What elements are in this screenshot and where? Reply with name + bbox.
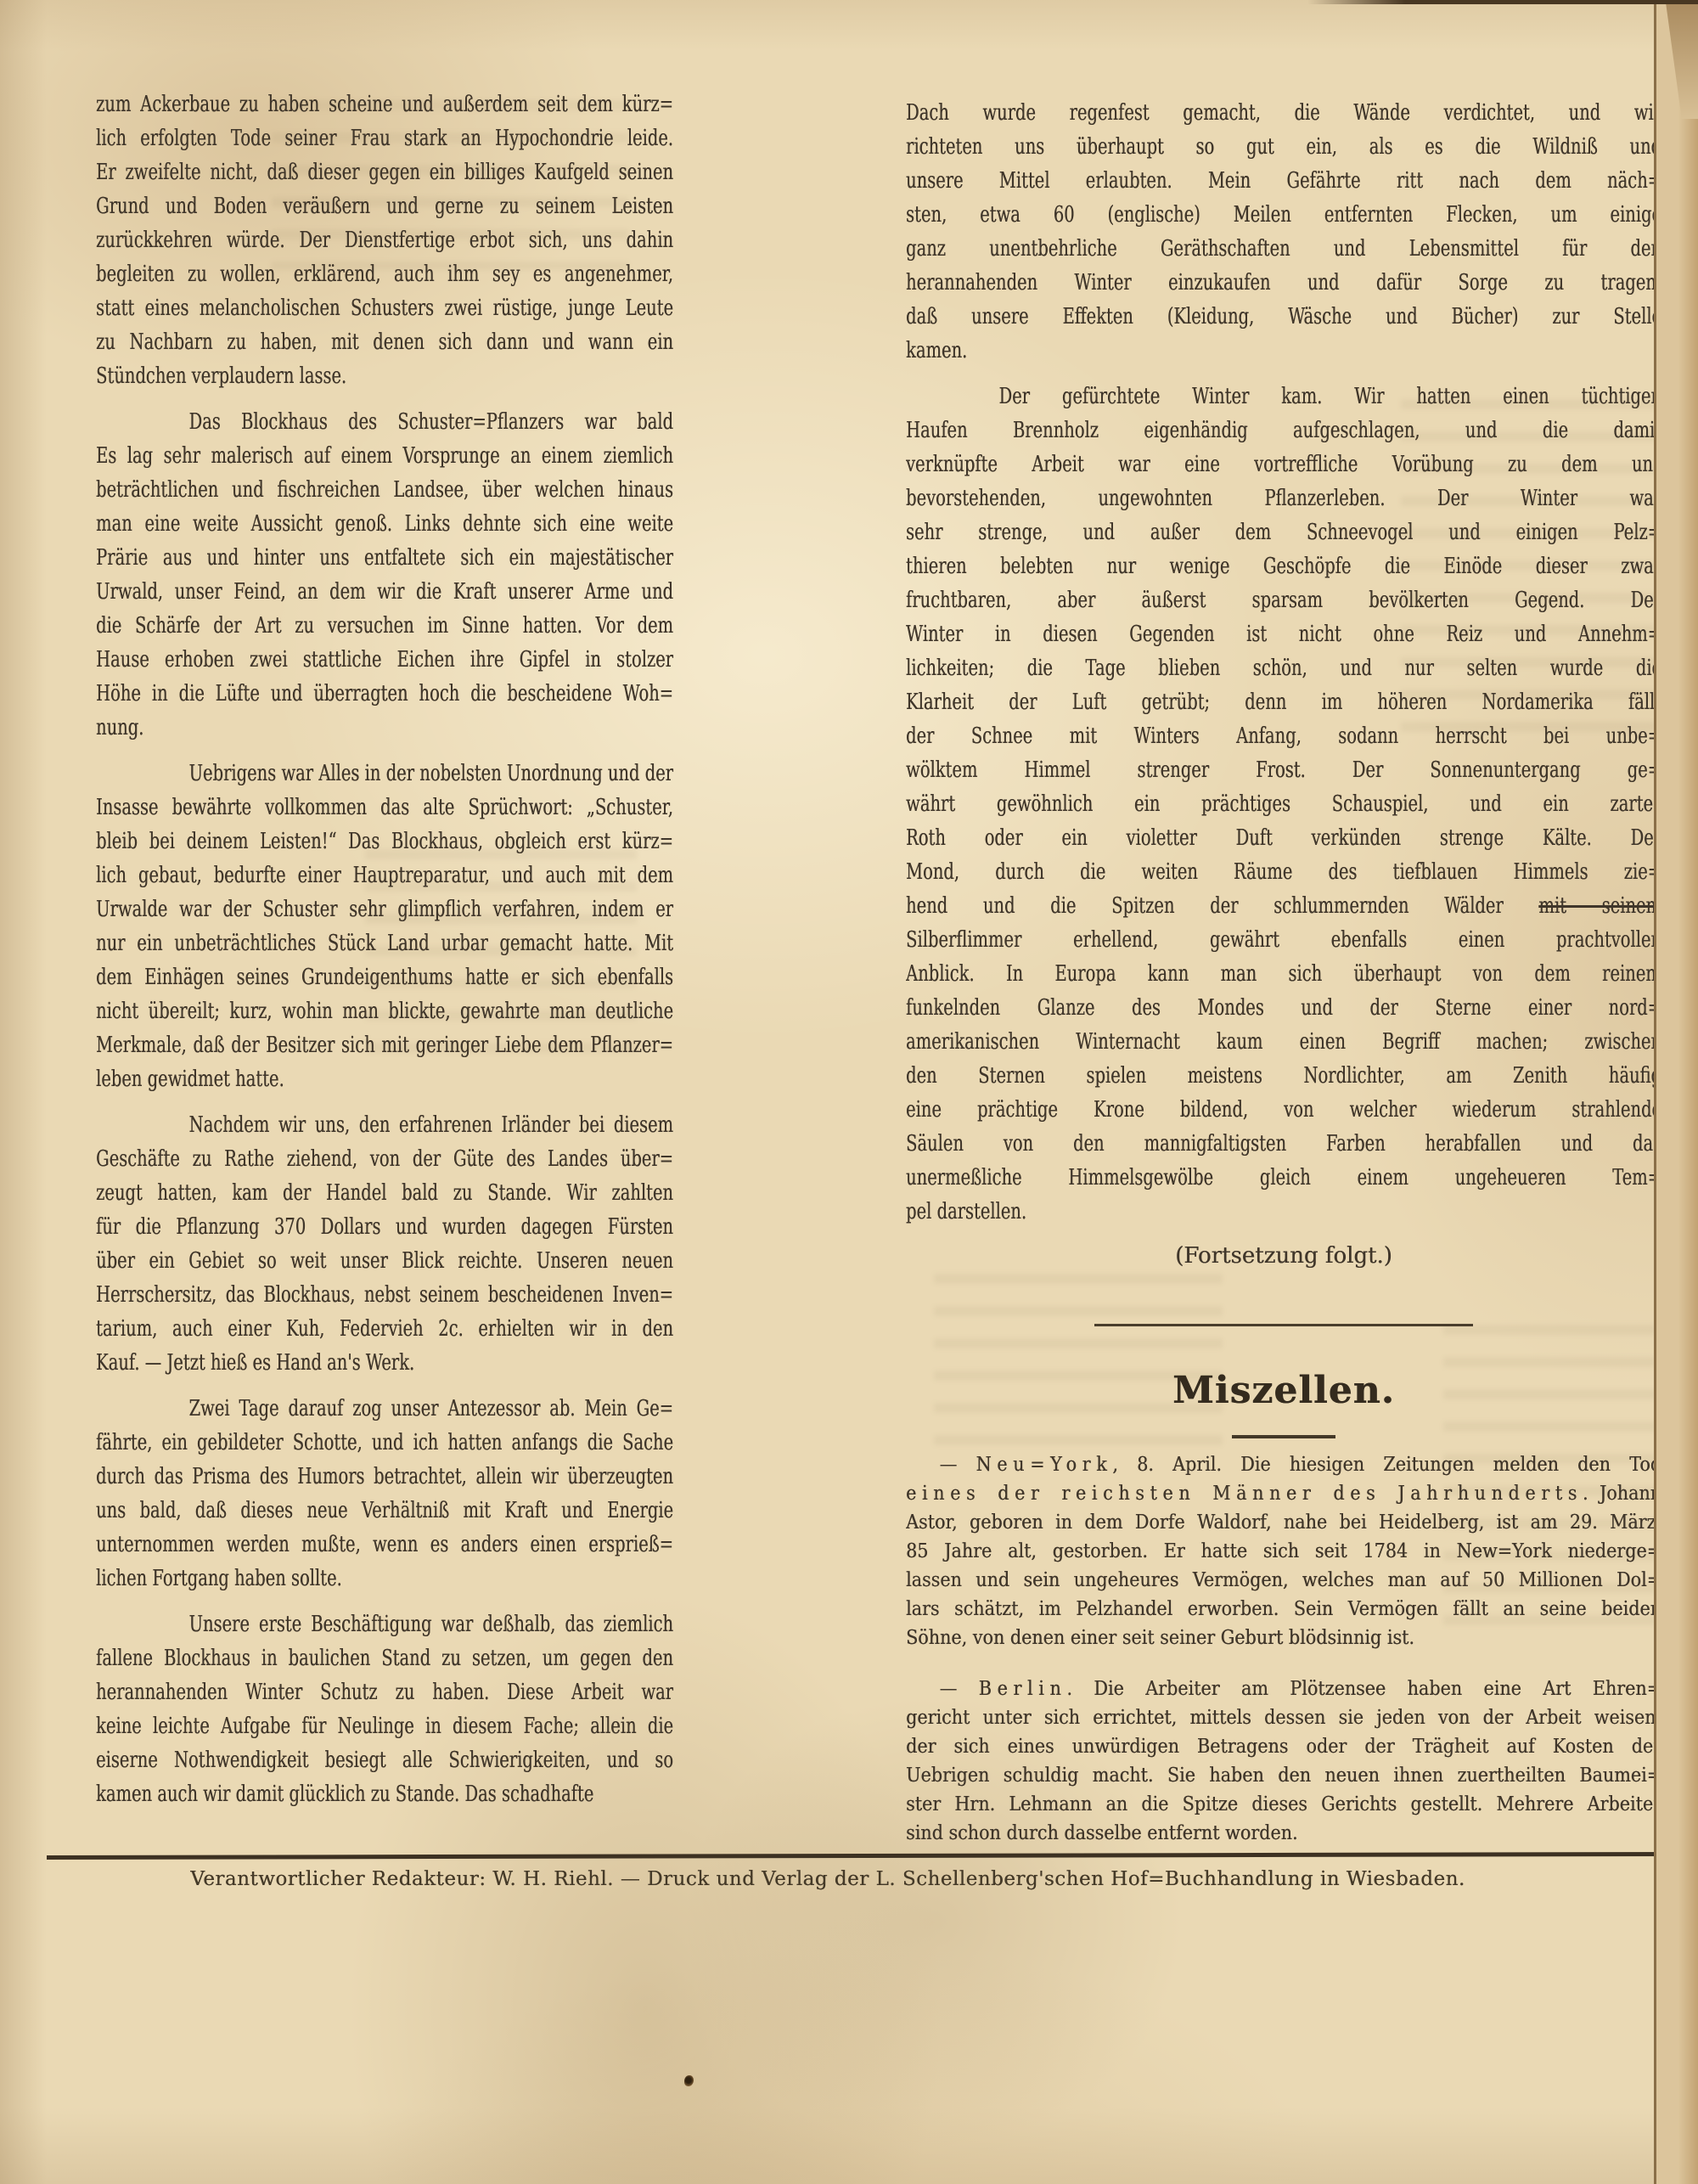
text-line: Es lag sehr malerisch auf einem Vorsprun… bbox=[96, 439, 673, 473]
paragraph: Der gefürchtete Winter kam. Wir hatten e… bbox=[906, 380, 1661, 1229]
text-line: gericht unter sich errichtet, mittels de… bbox=[906, 1703, 1661, 1732]
text-line: herannahenden Winter Schutz zu haben. Di… bbox=[96, 1675, 673, 1709]
text-line: Merkmale, daß der Besitzer sich mit geri… bbox=[96, 1028, 673, 1062]
text-line: Anblick. In Europa kann man sich überhau… bbox=[906, 957, 1661, 991]
text-line: 85 Jahre alt, gestorben. Er hatte sich s… bbox=[906, 1537, 1661, 1566]
paragraph: Unsere erste Beschäftigung war deßhalb, … bbox=[96, 1607, 673, 1811]
text-line: den Sternen spielen meistens Nordlichter… bbox=[906, 1059, 1661, 1093]
text-line: uns bald, daß dieses neue Verhältniß mit… bbox=[96, 1494, 673, 1528]
section-divider-rule bbox=[1094, 1324, 1473, 1326]
text-line: Das Blockhaus des Schuster=Pflanzers war… bbox=[96, 405, 673, 439]
text-line: pel darstellen. bbox=[906, 1195, 1661, 1229]
page-edge bbox=[1654, 0, 1698, 2184]
text-line: zu Nachbarn zu haben, mit denen sich dan… bbox=[96, 325, 673, 359]
text-line: durch das Prisma des Humors betrachtet, … bbox=[96, 1460, 673, 1494]
text-line: Nachdem wir uns, den erfahrenen Irländer… bbox=[96, 1108, 673, 1142]
text-line: lichkeiten; die Tage blieben schön, und … bbox=[906, 651, 1661, 685]
paragraph: Zwei Tage darauf zog unser Antezessor ab… bbox=[96, 1392, 673, 1596]
text-line: funkelnden Glanze des Mondes und der Ste… bbox=[906, 991, 1661, 1025]
text-line: kamen. bbox=[906, 334, 1661, 368]
text-line: keine leichte Aufgabe für Neulinge in di… bbox=[96, 1709, 673, 1743]
text-line: eines der reichsten Männer des Jahrhunde… bbox=[906, 1479, 1661, 1508]
text-line: lich erfolgten Tode seiner Frau stark an… bbox=[96, 121, 673, 155]
miszellen-heading: Miszellen. bbox=[906, 1365, 1661, 1416]
text-line: nicht übereilt; kurz, wohin man blickte,… bbox=[96, 994, 673, 1028]
scan-edge-top bbox=[1307, 0, 1698, 4]
text-line: ster Hrn. Lehmann an die Spitze dieses G… bbox=[906, 1790, 1661, 1819]
text-line: wölktem Himmel strenger Frost. Der Sonne… bbox=[906, 753, 1661, 787]
continuation-note: (Fortsetzung folgt.) bbox=[906, 1241, 1661, 1271]
text-line: lars schätzt, im Pelzhandel erworben. Se… bbox=[906, 1595, 1661, 1624]
text-line: Astor, geboren in dem Dorfe Waldorf, nah… bbox=[906, 1508, 1661, 1537]
text-line: eine prächtige Krone bildend, von welche… bbox=[906, 1093, 1661, 1127]
text-line: Uebrigens war Alles in der nobelsten Uno… bbox=[96, 757, 673, 791]
text-line: sten, etwa 60 (englische) Meilen entfern… bbox=[906, 198, 1661, 232]
text-line: beträchtlichen und fischreichen Landsee,… bbox=[96, 473, 673, 507]
footer-imprint: Verantwortlicher Redakteur: W. H. Riehl.… bbox=[25, 1865, 1630, 1894]
text-line: bleib bei deinem Leisten!“ Das Blockhaus… bbox=[96, 825, 673, 858]
text-line: Prärie aus und hinter uns entfaltete sic… bbox=[96, 541, 673, 575]
ink-speck bbox=[684, 2075, 694, 2086]
text-line: Insasse bewährte vollkommen das alte Spr… bbox=[96, 791, 673, 825]
text-line: Roth oder ein violetter Duft verkünden s… bbox=[906, 821, 1661, 855]
miszellen-section: — Neu=York, 8. April. Die hiesigen Zeitu… bbox=[906, 1450, 1661, 1848]
text-line: man eine weite Aussicht genoß. Links deh… bbox=[96, 507, 673, 541]
paragraph: Uebrigens war Alles in der nobelsten Uno… bbox=[96, 757, 673, 1096]
text-line: die Schärfe der Art zu versuchen im Sinn… bbox=[96, 609, 673, 643]
story-continuation: Dach wurde regenfest gemacht, die Wände … bbox=[906, 96, 1661, 1229]
text-line: Hause erhoben zwei stattliche Eichen ihr… bbox=[96, 643, 673, 677]
text-line: Silberflimmer erhellend, gewährt ebenfal… bbox=[906, 923, 1661, 957]
text-line: Der gefürchtete Winter kam. Wir hatten e… bbox=[906, 380, 1661, 414]
right-column: Dach wurde regenfest gemacht, die Wände … bbox=[906, 96, 1661, 1870]
text-line: sind schon durch dasselbe entfernt worde… bbox=[906, 1819, 1661, 1848]
text-line: Winter in diesen Gegenden ist nicht ohne… bbox=[906, 617, 1661, 651]
text-line: Haufen Brennholz eigenhändig aufgeschlag… bbox=[906, 414, 1661, 447]
text-line: lassen und sein ungeheures Vermögen, wel… bbox=[906, 1566, 1661, 1595]
text-line: fruchtbaren, aber äußerst sparsam bevölk… bbox=[906, 583, 1661, 617]
text-line: Klarheit der Luft getrübt; denn im höher… bbox=[906, 685, 1661, 719]
text-line: Er zweifelte nicht, daß dieser gegen ein… bbox=[96, 155, 673, 189]
text-line: währt gewöhnlich ein prächtiges Schauspi… bbox=[906, 787, 1661, 821]
text-line: fallene Blockhaus in baulichen Stand zu … bbox=[96, 1641, 673, 1675]
text-line: Herrschersitz, das Blockhaus, nebst sein… bbox=[96, 1278, 673, 1312]
text-line: dem Einhägen seines Grundeigenthums hatt… bbox=[96, 960, 673, 994]
scanned-newspaper-page: zum Ackerbaue zu haben scheine und außer… bbox=[0, 0, 1698, 2184]
text-line: amerikanischen Winternacht kaum einen Be… bbox=[906, 1025, 1661, 1059]
text-line: statt eines melancholischen Schusters zw… bbox=[96, 291, 673, 325]
paragraph: Nachdem wir uns, den erfahrenen Irländer… bbox=[96, 1108, 673, 1380]
text-line: unternommen werden mußte, wenn es anders… bbox=[96, 1528, 673, 1562]
left-column: zum Ackerbaue zu haben scheine und außer… bbox=[96, 87, 673, 1823]
text-line: eiserne Nothwendigkeit besiegt alle Schw… bbox=[96, 1743, 673, 1777]
text-line: Geschäfte zu Rathe ziehend, von der Güte… bbox=[96, 1142, 673, 1176]
text-line: lich gebaut, bedurfte einer Hauptreparat… bbox=[96, 858, 673, 892]
text-line: Unsere erste Beschäftigung war deßhalb, … bbox=[96, 1607, 673, 1641]
text-line: Kauf. — Jetzt hieß es Hand an's Werk. bbox=[96, 1346, 673, 1380]
heading-underline-rule bbox=[1232, 1435, 1335, 1438]
text-line: sehr strenge, und außer dem Schneevogel … bbox=[906, 515, 1661, 549]
text-line: Urwalde war der Schuster sehr glimpflich… bbox=[96, 892, 673, 926]
text-line: unsere Mittel erlaubten. Mein Gefährte r… bbox=[906, 164, 1661, 198]
text-line: bevorstehenden, ungewohnten Pflanzerlebe… bbox=[906, 481, 1661, 515]
text-line: Höhe in die Lüfte und überragten hoch di… bbox=[96, 677, 673, 711]
text-line: daß unsere Effekten (Kleidung, Wäsche un… bbox=[906, 300, 1661, 334]
text-line: Uebrigen schuldig macht. Sie haben den n… bbox=[906, 1761, 1661, 1790]
text-line: verknüpfte Arbeit war eine vortreffliche… bbox=[906, 447, 1661, 481]
paragraph: Dach wurde regenfest gemacht, die Wände … bbox=[906, 96, 1661, 368]
paragraph: Das Blockhaus des Schuster=Pflanzers war… bbox=[96, 405, 673, 745]
text-line: nur ein unbeträchtliches Stück Land urba… bbox=[96, 926, 673, 960]
text-line: lichen Fortgang haben sollte. bbox=[96, 1562, 673, 1596]
text-line: unermeßliche Himmelsgewölbe gleich einem… bbox=[906, 1161, 1661, 1195]
text-line: nung. bbox=[96, 711, 673, 745]
text-line: Stündchen verplaudern lasse. bbox=[96, 359, 673, 393]
text-line: ganz unentbehrliche Geräthschaften und L… bbox=[906, 232, 1661, 266]
text-line: Säulen von den mannigfaltigsten Farben h… bbox=[906, 1127, 1661, 1161]
text-line: Grund und Boden veräußern und gerne zu s… bbox=[96, 189, 673, 223]
text-line: zum Ackerbaue zu haben scheine und außer… bbox=[96, 87, 673, 121]
text-line: — Neu=York, 8. April. Die hiesigen Zeitu… bbox=[906, 1450, 1661, 1479]
paragraph: zum Ackerbaue zu haben scheine und außer… bbox=[96, 87, 673, 393]
text-line: über ein Gebiet so weit unser Blick reic… bbox=[96, 1244, 673, 1278]
text-line: — Berlin. Die Arbeiter am Plötzensee hab… bbox=[906, 1675, 1661, 1703]
text-line: zurückkehren würde. Der Dienstfertige er… bbox=[96, 223, 673, 257]
text-line: Urwald, unser Feind, an dem wir die Kraf… bbox=[96, 575, 673, 609]
text-line: der sich eines unwürdigen Betragens oder… bbox=[906, 1732, 1661, 1761]
text-line: für die Pflanzung 370 Dollars und wurden… bbox=[96, 1210, 673, 1244]
text-line: leben gewidmet hatte. bbox=[96, 1062, 673, 1096]
paragraph: — Neu=York, 8. April. Die hiesigen Zeitu… bbox=[906, 1450, 1661, 1652]
text-line: kamen auch wir damit glücklich zu Stande… bbox=[96, 1777, 673, 1811]
text-line: Zwei Tage darauf zog unser Antezessor ab… bbox=[96, 1392, 673, 1426]
text-line: fährte, ein gebildeter Schotte, und ich … bbox=[96, 1426, 673, 1460]
text-line: richteten uns überhaupt so gut ein, als … bbox=[906, 130, 1661, 164]
text-line: Dach wurde regenfest gemacht, die Wände … bbox=[906, 96, 1661, 130]
text-line: der Schnee mit Winters Anfang, sodann he… bbox=[906, 719, 1661, 753]
text-line: Söhne, von denen einer seit seiner Gebur… bbox=[906, 1624, 1661, 1652]
paragraph: — Berlin. Die Arbeiter am Plötzensee hab… bbox=[906, 1675, 1661, 1848]
text-line: thieren belebten nur wenige Geschöpfe di… bbox=[906, 549, 1661, 583]
text-line: hend und die Spitzen der schlummernden W… bbox=[906, 889, 1661, 923]
text-line: begleiten zu wollen, erklärend, auch ihm… bbox=[96, 257, 673, 291]
text-line: Mond, durch die weiten Räume des tiefbla… bbox=[906, 855, 1661, 889]
text-line: tarium, auch einer Kuh, Federvieh 2c. er… bbox=[96, 1312, 673, 1346]
text-line: herannahenden Winter einzukaufen und daf… bbox=[906, 266, 1661, 300]
text-line: zeugt hatten, kam der Handel bald zu Sta… bbox=[96, 1176, 673, 1210]
